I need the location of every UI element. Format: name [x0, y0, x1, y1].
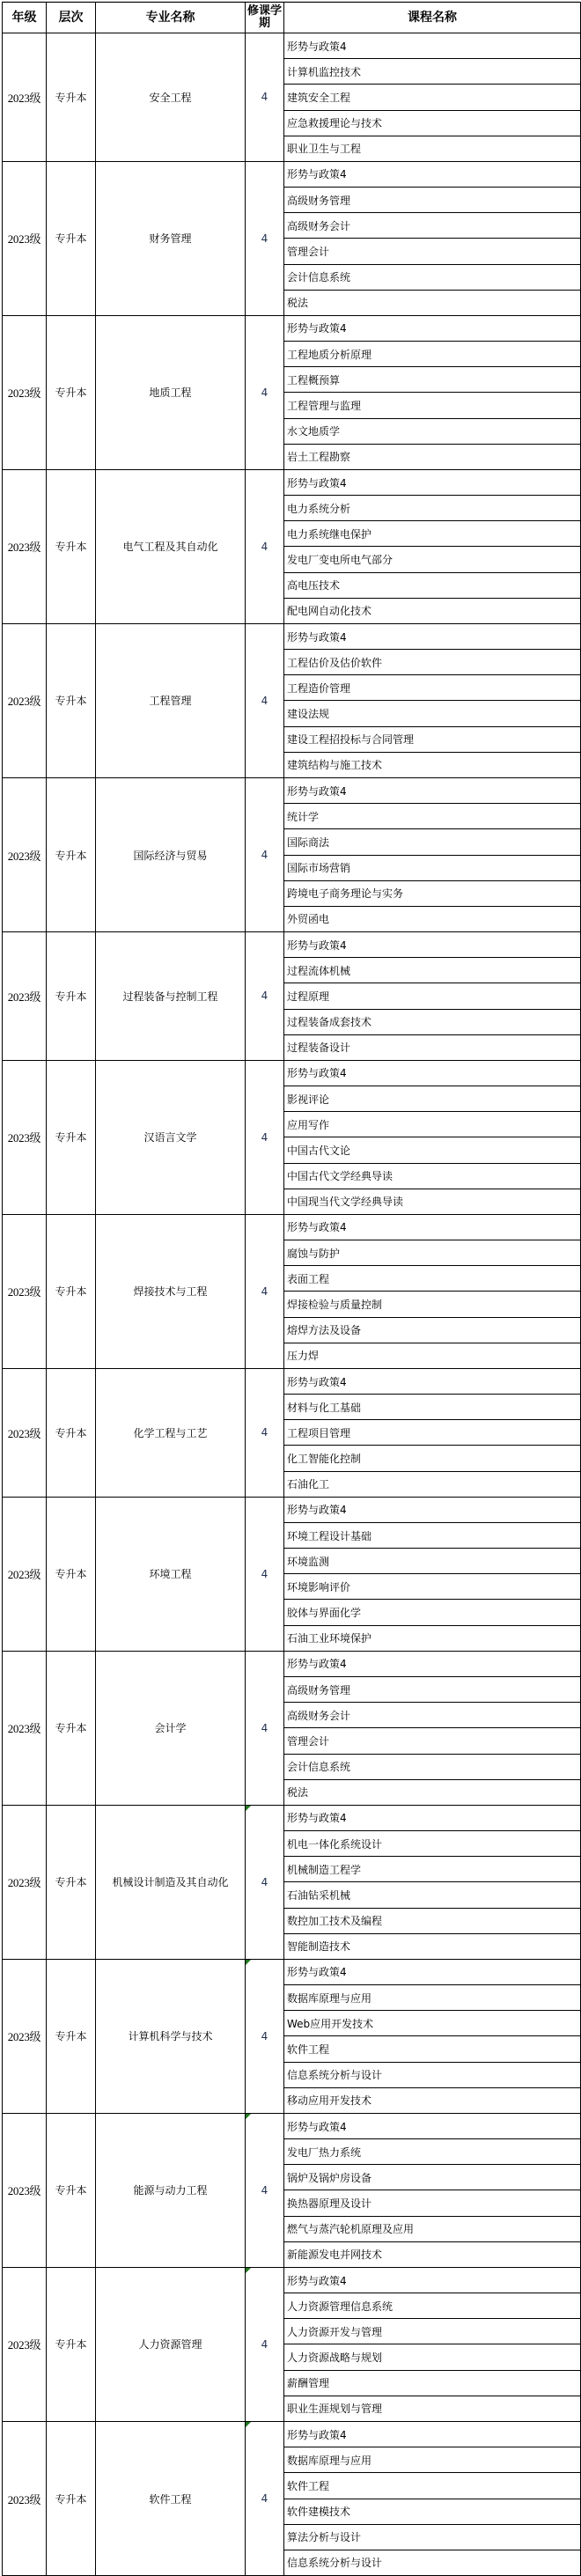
course-cell[interactable]: 会计信息系统 [284, 264, 581, 290]
course-cell[interactable]: 过程装备成套技术 [284, 1009, 581, 1034]
course-cell[interactable]: 建筑安全工程 [284, 85, 581, 110]
table-row: 2023级专升本人力资源管理4形势与政策4 [3, 2267, 581, 2293]
major-cell[interactable]: 环境工程 [96, 1497, 246, 1651]
term-cell[interactable]: 4 [246, 1805, 284, 1959]
grade-cell[interactable]: 2023级 [3, 932, 47, 1061]
grade-cell[interactable]: 2023级 [3, 777, 47, 931]
level-cell[interactable]: 专升本 [47, 2113, 96, 2267]
term-cell[interactable]: 4 [246, 623, 284, 777]
major-cell[interactable]: 计算机科学与技术 [96, 1959, 246, 2113]
grade-cell[interactable]: 2023级 [3, 469, 47, 623]
major-cell[interactable]: 会计学 [96, 1651, 246, 1805]
level-cell[interactable]: 专升本 [47, 1368, 96, 1497]
header-major[interactable]: 专业名称 [96, 3, 246, 33]
major-cell[interactable]: 能源与动力工程 [96, 2113, 246, 2267]
course-cell[interactable]: 腐蚀与防护 [284, 1240, 581, 1266]
term-cell[interactable]: 4 [246, 1214, 284, 1368]
header-term[interactable]: 修课学期 [246, 3, 284, 33]
term-cell[interactable]: 4 [246, 161, 284, 315]
course-cell[interactable]: 软件工程 [284, 2036, 581, 2062]
course-cell[interactable]: Web应用开发技术 [284, 2011, 581, 2036]
course-cell[interactable]: 薪酬管理 [284, 2370, 581, 2396]
grade-cell[interactable]: 2023级 [3, 2267, 47, 2421]
course-cell[interactable]: 建筑结构与施工技术 [284, 752, 581, 777]
grade-cell[interactable]: 2023级 [3, 623, 47, 777]
grade-cell[interactable]: 2023级 [3, 1060, 47, 1214]
course-cell[interactable]: 应用写作 [284, 1112, 581, 1137]
term-cell[interactable]: 4 [246, 1060, 284, 1214]
course-cell[interactable]: 化工智能化控制 [284, 1446, 581, 1471]
course-cell[interactable]: 换热器原理及设计 [284, 2190, 581, 2216]
course-cell[interactable]: 国际商法 [284, 829, 581, 855]
course-cell[interactable]: 形势与政策4 [284, 777, 581, 803]
course-cell[interactable]: 机电一体化系统设计 [284, 1831, 581, 1857]
spreadsheet: 年级 层次 专业名称 修课学期 课程名称 2023级专升本安全工程4形势与政策4… [2, 1, 580, 2576]
course-cell[interactable]: 数控加工技术及编程 [284, 1908, 581, 1933]
course-cell[interactable]: 高级财务管理 [284, 1677, 581, 1703]
course-cell[interactable]: 形势与政策4 [284, 1959, 581, 1984]
level-cell[interactable]: 专升本 [47, 161, 96, 315]
term-cell[interactable]: 4 [246, 1959, 284, 2113]
course-cell[interactable]: 外贸函电 [284, 906, 581, 931]
course-cell[interactable]: 软件建模技术 [284, 2499, 581, 2524]
course-cell[interactable]: 配电网自动化技术 [284, 598, 581, 623]
term-cell[interactable]: 4 [246, 1651, 284, 1805]
term-cell[interactable]: 4 [246, 2421, 284, 2575]
course-cell[interactable]: 新能源发电并网技术 [284, 2241, 581, 2267]
level-cell[interactable]: 专升本 [47, 1651, 96, 1805]
course-cell[interactable]: 人力资源战略与规划 [284, 2344, 581, 2370]
major-cell[interactable]: 安全工程 [96, 33, 246, 162]
grade-cell[interactable]: 2023级 [3, 1959, 47, 2113]
course-cell[interactable]: 过程流体机械 [284, 958, 581, 983]
level-cell[interactable]: 专升本 [47, 469, 96, 623]
course-cell[interactable]: 环境工程设计基础 [284, 1522, 581, 1548]
course-cell[interactable]: 形势与政策4 [284, 1497, 581, 1522]
course-cell[interactable]: 中国古代文学经典导读 [284, 1163, 581, 1189]
course-cell[interactable]: 工程估价及估价软件 [284, 650, 581, 675]
major-cell[interactable]: 工程管理 [96, 623, 246, 777]
course-cell[interactable]: 形势与政策4 [284, 469, 581, 495]
course-cell[interactable]: 管理会计 [284, 239, 581, 264]
level-cell[interactable]: 专升本 [47, 1214, 96, 1368]
course-cell[interactable]: 过程原理 [284, 983, 581, 1009]
table-row: 2023级专升本能源与动力工程4形势与政策4 [3, 2113, 581, 2138]
course-cell[interactable]: 水文地质学 [284, 418, 581, 444]
table-row: 2023级专升本焊接技术与工程4形势与政策4 [3, 1214, 581, 1240]
grade-cell[interactable]: 2023级 [3, 161, 47, 315]
course-cell[interactable]: 压力焊 [284, 1343, 581, 1368]
grade-cell[interactable]: 2023级 [3, 1651, 47, 1805]
course-cell[interactable]: 形势与政策4 [284, 932, 581, 958]
header-level[interactable]: 层次 [47, 3, 96, 33]
level-cell[interactable]: 专升本 [47, 2267, 96, 2421]
course-cell[interactable]: 石油工业环境保护 [284, 1625, 581, 1651]
course-cell[interactable]: 建设工程招投标与合同管理 [284, 726, 581, 752]
grade-cell[interactable]: 2023级 [3, 2113, 47, 2267]
level-cell[interactable]: 专升本 [47, 1060, 96, 1214]
table-row: 2023级专升本软件工程4形势与政策4 [3, 2421, 581, 2447]
level-cell[interactable]: 专升本 [47, 777, 96, 931]
table-row: 2023级专升本过程装备与控制工程4形势与政策4 [3, 932, 581, 958]
course-cell[interactable]: 石油化工 [284, 1471, 581, 1497]
course-cell[interactable]: 中国古代文论 [284, 1137, 581, 1163]
grade-cell[interactable]: 2023级 [3, 1214, 47, 1368]
course-cell[interactable]: 管理会计 [284, 1728, 581, 1754]
course-cell[interactable]: 算法分析与设计 [284, 2524, 581, 2550]
major-cell[interactable]: 化学工程与工艺 [96, 1368, 246, 1497]
major-cell[interactable]: 财务管理 [96, 161, 246, 315]
term-cell[interactable]: 4 [246, 2113, 284, 2267]
course-cell[interactable]: 计算机监控技术 [284, 59, 581, 85]
level-cell[interactable]: 专升本 [47, 1497, 96, 1651]
term-cell[interactable]: 4 [246, 315, 284, 469]
level-cell[interactable]: 专升本 [47, 33, 96, 162]
course-cell[interactable]: 高级财务管理 [284, 188, 581, 213]
level-cell[interactable]: 专升本 [47, 1959, 96, 2113]
table-row: 2023级专升本化学工程与工艺4形势与政策4 [3, 1368, 581, 1394]
course-cell[interactable]: 人力资源管理信息系统 [284, 2293, 581, 2319]
course-cell[interactable]: 熔焊方法及设备 [284, 1317, 581, 1343]
table-row: 2023级专升本计算机科学与技术4形势与政策4 [3, 1959, 581, 1984]
course-cell[interactable]: 形势与政策4 [284, 161, 581, 187]
course-cell[interactable]: 形势与政策4 [284, 2421, 581, 2447]
course-cell[interactable]: 形势与政策4 [284, 1651, 581, 1676]
course-cell[interactable]: 形势与政策4 [284, 1060, 581, 1086]
course-cell[interactable]: 电力系统分析 [284, 496, 581, 521]
term-cell[interactable]: 4 [246, 469, 284, 623]
grade-cell[interactable]: 2023级 [3, 2421, 47, 2575]
course-cell[interactable]: 税法 [284, 1779, 581, 1805]
grade-cell[interactable]: 2023级 [3, 1497, 47, 1651]
level-cell[interactable]: 专升本 [47, 623, 96, 777]
table-row: 2023级专升本机械设计制造及其自动化4形势与政策4 [3, 1805, 581, 1830]
table-row: 2023级专升本国际经济与贸易4形势与政策4 [3, 777, 581, 803]
course-cell[interactable]: 职业卫生与工程 [284, 136, 581, 161]
course-cell[interactable]: 形势与政策4 [284, 2113, 581, 2138]
major-cell[interactable]: 国际经济与贸易 [96, 777, 246, 931]
table-row: 2023级专升本汉语言文学4形势与政策4 [3, 1060, 581, 1086]
table-body: 2023级专升本安全工程4形势与政策4计算机监控技术建筑安全工程应急救援理论与技… [3, 33, 581, 2576]
course-cell[interactable]: 会计信息系统 [284, 1754, 581, 1779]
course-cell[interactable]: 焊接检验与质量控制 [284, 1292, 581, 1317]
course-cell[interactable]: 软件工程 [284, 2473, 581, 2499]
course-cell[interactable]: 工程概预算 [284, 367, 581, 393]
course-cell[interactable]: 高级财务会计 [284, 213, 581, 239]
level-cell[interactable]: 专升本 [47, 1805, 96, 1959]
grade-cell[interactable]: 2023级 [3, 1368, 47, 1497]
course-cell[interactable]: 智能制造技术 [284, 1933, 581, 1959]
grade-cell[interactable]: 2023级 [3, 315, 47, 469]
course-cell[interactable]: 形势与政策4 [284, 2267, 581, 2293]
term-cell[interactable]: 4 [246, 2267, 284, 2421]
course-cell[interactable]: 发电厂变电所电气部分 [284, 547, 581, 572]
term-cell[interactable]: 4 [246, 1368, 284, 1497]
course-cell[interactable]: 中国现当代文学经典导读 [284, 1189, 581, 1214]
course-cell[interactable]: 信息系统分析与设计 [284, 2550, 581, 2575]
table-row: 2023级专升本环境工程4形势与政策4 [3, 1497, 581, 1522]
course-cell[interactable]: 跨境电子商务理论与实务 [284, 880, 581, 906]
course-cell[interactable]: 机械制造工程学 [284, 1857, 581, 1882]
course-cell[interactable]: 建设法规 [284, 701, 581, 726]
major-cell[interactable]: 汉语言文学 [96, 1060, 246, 1214]
major-cell[interactable]: 电气工程及其自动化 [96, 469, 246, 623]
course-cell[interactable]: 高级财务会计 [284, 1703, 581, 1728]
major-cell[interactable]: 焊接技术与工程 [96, 1214, 246, 1368]
course-cell[interactable]: 岩土工程勘察 [284, 444, 581, 469]
course-cell[interactable]: 形势与政策4 [284, 1214, 581, 1240]
course-cell[interactable]: 胶体与界面化学 [284, 1600, 581, 1625]
table-row: 2023级专升本财务管理4形势与政策4 [3, 161, 581, 187]
term-cell[interactable]: 4 [246, 777, 284, 931]
course-cell[interactable]: 移动应用开发技术 [284, 2087, 581, 2113]
course-cell[interactable]: 燃气与蒸汽轮机原理及应用 [284, 2216, 581, 2241]
header-grade[interactable]: 年级 [3, 3, 47, 33]
course-cell[interactable]: 锅炉及锅炉房设备 [284, 2165, 581, 2190]
course-cell[interactable]: 国际市场营销 [284, 855, 581, 880]
major-cell[interactable]: 软件工程 [96, 2421, 246, 2575]
course-cell[interactable]: 数据库原理与应用 [284, 1985, 581, 2011]
course-cell[interactable]: 发电厂热力系统 [284, 2139, 581, 2165]
major-cell[interactable]: 过程装备与控制工程 [96, 932, 246, 1061]
course-table: 年级 层次 专业名称 修课学期 课程名称 2023级专升本安全工程4形势与政策4… [2, 2, 581, 2576]
course-cell[interactable]: 过程装备设计 [284, 1034, 581, 1060]
major-cell[interactable]: 机械设计制造及其自动化 [96, 1805, 246, 1959]
course-cell[interactable]: 应急救援理论与技术 [284, 110, 581, 136]
course-cell[interactable]: 石油钻采机械 [284, 1882, 581, 1908]
course-cell[interactable]: 形势与政策4 [284, 315, 581, 341]
course-cell[interactable]: 人力资源开发与管理 [284, 2319, 581, 2344]
course-cell[interactable]: 工程管理与监理 [284, 393, 581, 418]
term-cell[interactable]: 4 [246, 932, 284, 1061]
course-cell[interactable]: 环境监测 [284, 1549, 581, 1574]
grade-cell[interactable]: 2023级 [3, 1805, 47, 1959]
course-cell[interactable]: 形势与政策4 [284, 1368, 581, 1394]
table-row: 2023级专升本工程管理4形势与政策4 [3, 623, 581, 649]
term-cell[interactable]: 4 [246, 33, 284, 162]
course-cell[interactable]: 税法 [284, 290, 581, 315]
level-cell[interactable]: 专升本 [47, 932, 96, 1061]
course-cell[interactable]: 表面工程 [284, 1266, 581, 1292]
course-cell[interactable]: 职业生涯规划与管理 [284, 2396, 581, 2421]
course-cell[interactable]: 统计学 [284, 804, 581, 829]
table-row: 2023级专升本电气工程及其自动化4形势与政策4 [3, 469, 581, 495]
course-cell[interactable]: 形势与政策4 [284, 33, 581, 59]
course-cell[interactable]: 电力系统继电保护 [284, 521, 581, 547]
grade-cell[interactable]: 2023级 [3, 33, 47, 162]
major-cell[interactable]: 人力资源管理 [96, 2267, 246, 2421]
course-cell[interactable]: 信息系统分析与设计 [284, 2062, 581, 2087]
major-cell[interactable]: 地质工程 [96, 315, 246, 469]
course-cell[interactable]: 材料与化工基础 [284, 1395, 581, 1420]
course-cell[interactable]: 数据库原理与应用 [284, 2447, 581, 2473]
header-course[interactable]: 课程名称 [284, 3, 581, 33]
course-cell[interactable]: 工程造价管理 [284, 675, 581, 701]
course-cell[interactable]: 工程地质分析原理 [284, 342, 581, 367]
term-cell[interactable]: 4 [246, 1497, 284, 1651]
table-row: 2023级专升本安全工程4形势与政策4 [3, 33, 581, 59]
course-cell[interactable]: 高电压技术 [284, 572, 581, 598]
header-row: 年级 层次 专业名称 修课学期 课程名称 [3, 3, 581, 33]
level-cell[interactable]: 专升本 [47, 2421, 96, 2575]
course-cell[interactable]: 工程项目管理 [284, 1420, 581, 1446]
level-cell[interactable]: 专升本 [47, 315, 96, 469]
course-cell[interactable]: 影视评论 [284, 1086, 581, 1112]
table-row: 2023级专升本会计学4形势与政策4 [3, 1651, 581, 1676]
course-cell[interactable]: 环境影响评价 [284, 1574, 581, 1600]
table-row: 2023级专升本地质工程4形势与政策4 [3, 315, 581, 341]
course-cell[interactable]: 形势与政策4 [284, 1805, 581, 1830]
course-cell[interactable]: 形势与政策4 [284, 623, 581, 649]
